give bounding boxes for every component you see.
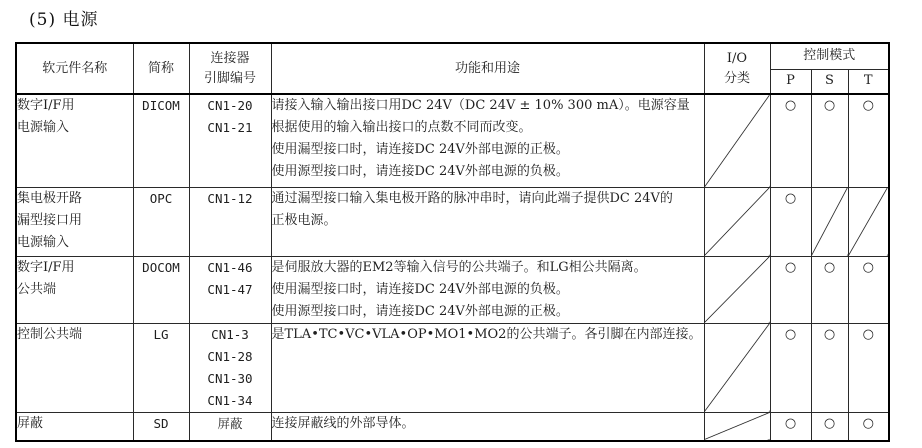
table-body: 数字I/F用 电源输入 DICOM CN1-20 CN1-21 请接入输入输出接… [16, 94, 889, 441]
io-class-cell [704, 187, 770, 256]
header-function: 功能和用途 [271, 43, 704, 94]
mode-p-cell: ○ [770, 94, 811, 187]
mode-t-cell [848, 187, 889, 256]
device-name-cell: 屏蔽 [16, 412, 133, 441]
mode-s-cell [811, 187, 848, 256]
manual-page: (5) 电源 软元件名称 简称 连接器 引脚编号 功能和用途 I/O 分类 控制… [0, 0, 922, 448]
mode-p-cell: ○ [770, 256, 811, 323]
header-connector-pin: 连接器 引脚编号 [189, 43, 271, 94]
device-name-cell: 数字I/F用 公共端 [16, 256, 133, 323]
connector-pin-cell: 屏蔽 [189, 412, 271, 441]
abbreviation-cell: DICOM [133, 94, 189, 187]
io-class-cell [704, 412, 770, 441]
header-row-top: 软元件名称 简称 连接器 引脚编号 功能和用途 I/O 分类 控制模式 [16, 43, 889, 69]
table-row: 控制公共端 LG CN1-3 CN1-28 CN1-30 CN1-34 是TLA… [16, 323, 889, 412]
mode-t-cell: ○ [848, 94, 889, 187]
connector-pin-cell: CN1-3 CN1-28 CN1-30 CN1-34 [189, 323, 271, 412]
abbreviation-cell: SD [133, 412, 189, 441]
function-cell: 通过漏型接口输入集电极开路的脉冲串时，请向此端子提供DC 24V的 正极电源。 [271, 187, 704, 256]
io-class-cell [704, 256, 770, 323]
mode-t-cell: ○ [848, 256, 889, 323]
table-row: 数字I/F用 公共端 DOCOM CN1-46 CN1-47 是伺服放大器的EM… [16, 256, 889, 323]
header-mode-p: P [770, 69, 811, 94]
connector-pin-cell: CN1-46 CN1-47 [189, 256, 271, 323]
device-name-cell: 集电极开路 漏型接口用 电源输入 [16, 187, 133, 256]
abbreviation-cell: OPC [133, 187, 189, 256]
device-name-cell: 控制公共端 [16, 323, 133, 412]
header-io-class: I/O 分类 [704, 43, 770, 94]
power-supply-signal-table: 软元件名称 简称 连接器 引脚编号 功能和用途 I/O 分类 控制模式 P S … [15, 42, 890, 442]
mode-s-cell: ○ [811, 256, 848, 323]
mode-s-cell: ○ [811, 94, 848, 187]
mode-t-cell: ○ [848, 412, 889, 441]
function-cell: 连接屏蔽线的外部导体。 [271, 412, 704, 441]
io-class-cell [704, 323, 770, 412]
mode-p-cell: ○ [770, 323, 811, 412]
header-abbreviation: 简称 [133, 43, 189, 94]
mode-t-cell: ○ [848, 323, 889, 412]
header-device-name: 软元件名称 [16, 43, 133, 94]
function-cell: 是伺服放大器的EM2等输入信号的公共端子。和LG相公共隔离。 使用漏型接口时，请… [271, 256, 704, 323]
table-row: 数字I/F用 电源输入 DICOM CN1-20 CN1-21 请接入输入输出接… [16, 94, 889, 187]
table-row: 集电极开路 漏型接口用 电源输入 OPC CN1-12 通过漏型接口输入集电极开… [16, 187, 889, 256]
abbreviation-cell: LG [133, 323, 189, 412]
mode-s-cell: ○ [811, 323, 848, 412]
function-cell: 请接入输入输出接口用DC 24V（DC 24V ± 10% 300 mA）。电源… [271, 94, 704, 187]
header-mode-s: S [811, 69, 848, 94]
table-header: 软元件名称 简称 连接器 引脚编号 功能和用途 I/O 分类 控制模式 P S … [16, 43, 889, 94]
section-title: (5) 电源 [29, 5, 98, 30]
mode-p-cell: ○ [770, 412, 811, 441]
header-control-mode: 控制模式 [770, 43, 889, 69]
function-cell: 是TLA•TC•VC•VLA•OP•MO1•MO2的公共端子。各引脚在内部连接。 [271, 323, 704, 412]
connector-pin-cell: CN1-20 CN1-21 [189, 94, 271, 187]
io-class-cell [704, 94, 770, 187]
device-name-cell: 数字I/F用 电源输入 [16, 94, 133, 187]
abbreviation-cell: DOCOM [133, 256, 189, 323]
mode-s-cell: ○ [811, 412, 848, 441]
mode-p-cell: ○ [770, 187, 811, 256]
header-mode-t: T [848, 69, 889, 94]
connector-pin-cell: CN1-12 [189, 187, 271, 256]
table-row: 屏蔽 SD 屏蔽 连接屏蔽线的外部导体。 ○ ○ ○ [16, 412, 889, 441]
